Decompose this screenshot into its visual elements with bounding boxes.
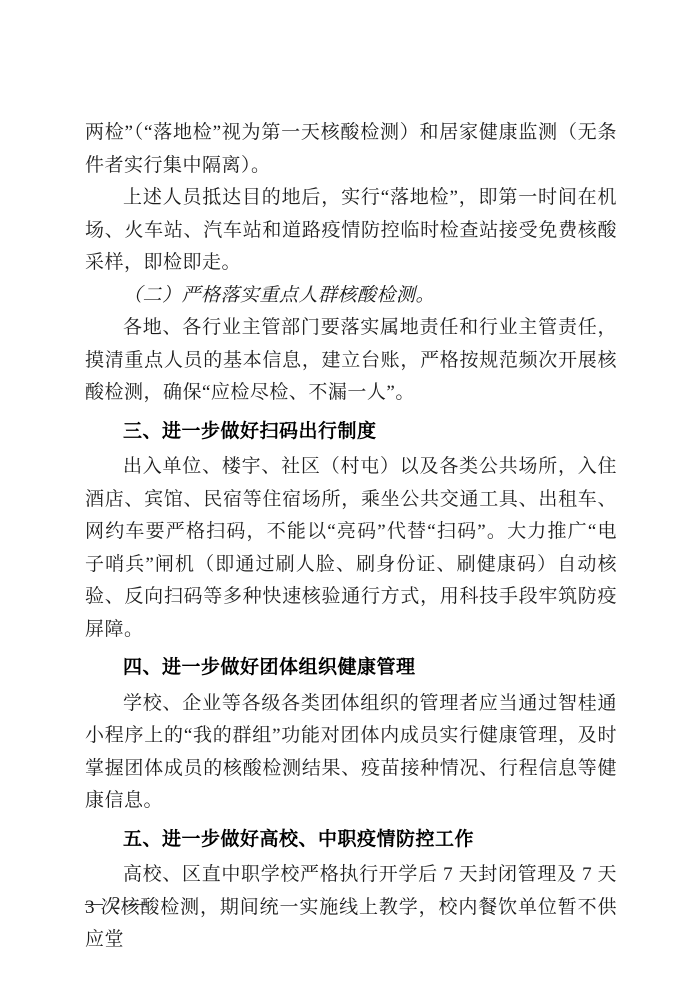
section-heading-4: 四、进一步做好团体组织健康管理 — [85, 652, 617, 685]
paragraph: 出入单位、楼宇、社区（村屯）以及各类公共场所，入住酒店、宾馆、民宿等住宿场所，乘… — [85, 451, 617, 646]
document-body: 两检”（“落地检”视为第一天核酸检测）和居家健康监测（无条件者实行集中隔离）。 … — [85, 117, 617, 957]
paragraph: 各地、各行业主管部门要落实属地责任和行业主管责任，摸清重点人员的基本信息，建立台… — [85, 312, 617, 410]
paragraph: 上述人员抵达目的地后，实行“落地检”，即第一时间在机场、火车站、汽车站和道路疫情… — [85, 182, 617, 280]
section-heading-5: 五、进一步做好高校、中职疫情防控工作 — [85, 824, 617, 857]
document-page: 两检”（“落地检”视为第一天核酸检测）和居家健康监测（无条件者实行集中隔离）。 … — [0, 0, 700, 990]
page-number: — 2 — — [85, 892, 149, 914]
paragraph: 学校、企业等各级各类团体组织的管理者应当通过智桂通小程序上的“我的群组”功能对团… — [85, 688, 617, 818]
subheading-item-2: （二）严格落实重点人群核酸检测。 — [85, 280, 617, 313]
paragraph-continuation: 两检”（“落地检”视为第一天核酸检测）和居家健康监测（无条件者实行集中隔离）。 — [85, 117, 617, 182]
paragraph: 高校、区直中职学校严格执行开学后 7 天封闭管理及 7 天 3 次核酸检测，期间… — [85, 859, 617, 957]
section-heading-3: 三、进一步做好扫码出行制度 — [85, 416, 617, 449]
